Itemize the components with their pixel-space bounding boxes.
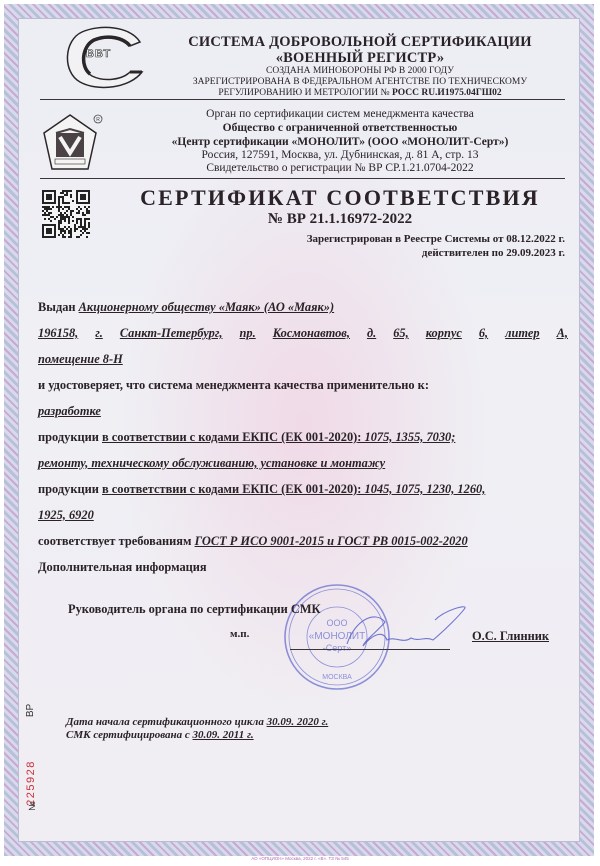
address-word: пр. [240, 320, 256, 346]
address-word: Санкт-Петербург, [120, 320, 223, 346]
vvt-logo-icon: ВВТ [60, 22, 152, 92]
address-word: 196158, [38, 320, 78, 346]
printer-imprint: АО «ОПЦИОН» Москва, 2022 г. «В». ТЗ № 54… [200, 856, 400, 861]
divider [40, 99, 565, 100]
organ-registration: Свидетельство о регистрации № ВР СР.1.21… [130, 162, 550, 175]
address-word: А, [557, 320, 568, 346]
additional-info: Дополнительная информация [38, 554, 568, 580]
codes-2-continued: 1925, 6920 [38, 502, 568, 528]
signatory-name: О.С. Глинник [472, 629, 549, 644]
issued-to: Акционерному обществу «Маяк» (АО «Маяк») [79, 300, 334, 314]
ekps-phrase: в соответствии с кодами ЕКПС (ЕК 001-202… [102, 482, 485, 496]
codes-2: 1045, 1075, 1230, 1260, [365, 482, 486, 496]
registered-line2: РЕГУЛИРОВАНИЮ И МЕТРОЛОГИИ № РОСС RU.И19… [150, 88, 570, 99]
created-by: СОЗДАНА МИНОБОРОНЫ РФ В 2000 ГОДУ [150, 66, 570, 77]
organ-legal-form: Общество с ограниченной ответственностью [130, 121, 550, 135]
products-line-1: продукции в соответствии с кодами ЕКПС (… [38, 424, 568, 450]
cycle-date: 30.09. 2020 г. [267, 716, 329, 728]
system-name: «ВОЕННЫЙ РЕГИСТР» [150, 50, 570, 66]
certificate-number: № ВР 21.1.16972-2022 [130, 210, 550, 228]
number-sign: № [24, 798, 40, 814]
signature-icon [325, 600, 475, 660]
registered-number: РОСС RU.И1975.04ГШ02 [392, 88, 502, 98]
cycle-label: Дата начала сертификационного цикла [66, 716, 267, 728]
activity-repair: ремонту, техническому обслуживанию, уста… [38, 450, 568, 476]
certifies-text: и удостоверяет, что система менеджмента … [38, 372, 568, 398]
signatory-role: Руководитель органа по сертификации СМК [68, 602, 321, 617]
address-word: Космонавтов, [273, 320, 350, 346]
standards: ГОСТ Р ИСО 9001-2015 и ГОСТ РВ 0015-002-… [195, 534, 468, 548]
valid-until: действителен по 29.09.2023 г. [240, 246, 565, 260]
issued-line: Выдан Акционерному обществу «Маяк» (АО «… [38, 294, 568, 320]
organ-name: «Центр сертификации «МОНОЛИТ» (ООО «МОНО… [130, 135, 550, 149]
certified-since: СМК сертифицирована с 30.09. 2011 г. [66, 729, 328, 742]
qr-code-icon[interactable] [42, 190, 90, 238]
codes-1: 1075, 1355, 7030; [365, 430, 456, 444]
vvt-logo-text: ВВТ [86, 48, 111, 60]
address-word: 6, [479, 320, 488, 346]
divider [40, 178, 565, 179]
certification-dates: Дата начала сертификационного цикла 30.0… [66, 716, 328, 742]
address-line: 196158,г.Санкт-Петербург,пр.Космонавтов,… [38, 320, 568, 346]
series-label: ВР [24, 700, 44, 720]
cycle-start: Дата начала сертификационного цикла 30.0… [66, 716, 328, 729]
organ-type: Орган по сертификации систем менеджмента… [130, 108, 550, 121]
svg-text:R: R [96, 117, 100, 123]
series-text: ВР [25, 704, 36, 717]
certificate-registration: Зарегистрирован в Реестре Системы от 08.… [240, 232, 565, 260]
address-word: 65, [393, 320, 409, 346]
address-word: корпус [426, 320, 462, 346]
organ-header: Орган по сертификации систем менеджмента… [130, 108, 550, 175]
stamp-label: м.п. [230, 628, 249, 640]
products-label: продукции [38, 482, 99, 496]
address-word: г. [95, 320, 103, 346]
ekps-text: в соответствии с кодами ЕКПС (ЕК 001-202… [102, 482, 357, 496]
address-word: д. [367, 320, 376, 346]
ekps-phrase: в соответствии с кодами ЕКПС (ЕК 001-202… [102, 430, 455, 444]
system-title: СИСТЕМА ДОБРОВОЛЬНОЙ СЕРТИФИКАЦИИ [150, 34, 570, 50]
complies-line: соответствует требованиям ГОСТ Р ИСО 900… [38, 528, 568, 554]
registered-prefix: РЕГУЛИРОВАНИЮ И МЕТРОЛОГИИ № [218, 88, 392, 98]
system-header: СИСТЕМА ДОБРОВОЛЬНОЙ СЕРТИФИКАЦИИ «ВОЕНН… [150, 34, 570, 99]
address-line-2: помещение 8-Н [38, 346, 568, 372]
since-label: СМК сертифицирована с [66, 729, 193, 741]
organ-address: Россия, 127591, Москва, ул. Дубнинская, … [130, 149, 550, 162]
complies-label: соответствует требованиям [38, 534, 191, 548]
activity-development: разработке [38, 398, 568, 424]
address-word: литер [505, 320, 539, 346]
products-line-2: продукции в соответствии с кодами ЕКПС (… [38, 476, 568, 502]
certificate-title: СЕРТИФИКАТ СООТВЕТСТВИЯ [130, 186, 550, 210]
ekps-text: в соответствии с кодами ЕКПС (ЕК 001-202… [102, 430, 357, 444]
svg-text:МОСКВА: МОСКВА [322, 674, 352, 681]
issued-label: Выдан [38, 300, 76, 314]
registered-date: Зарегистрирован в Реестре Системы от 08.… [240, 232, 565, 246]
since-date: 30.09. 2011 г. [193, 729, 254, 741]
products-label: продукции [38, 430, 99, 444]
registered-line1: ЗАРЕГИСТРИРОВАНА В ФЕДЕРАЛЬНОМ АГЕНТСТВЕ… [150, 77, 570, 88]
number-sign-text: № [27, 801, 37, 811]
monolit-logo-icon: R [40, 111, 104, 173]
certificate-body: Выдан Акционерному обществу «Маяк» (АО «… [38, 294, 568, 580]
